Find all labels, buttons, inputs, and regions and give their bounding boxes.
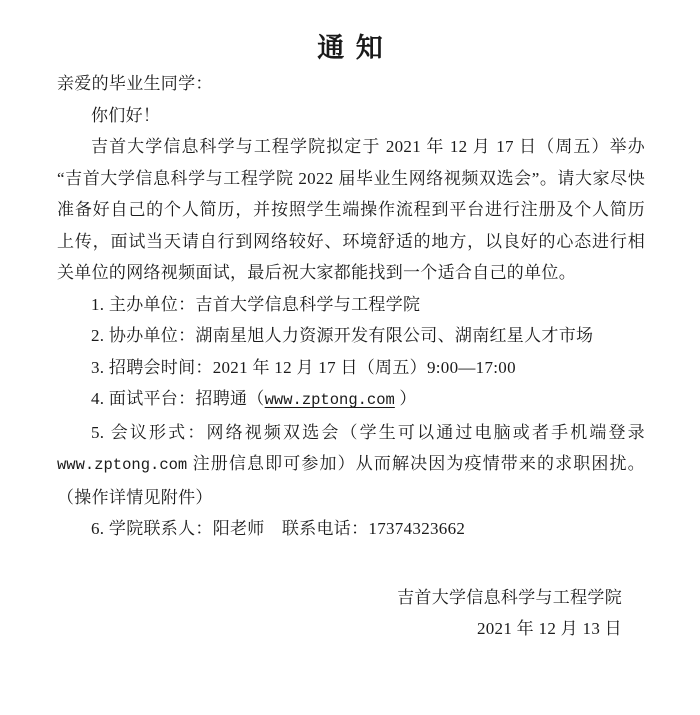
notice-document: 通 知 亲爱的毕业生同学： 你们好！ 吉首大学信息科学与工程学院拟定于 2021… [0, 0, 700, 715]
item-event-time: 3. 招聘会时间：2021 年 12 月 17 日（周五）9:00—17:00 [57, 352, 645, 384]
item-organizer: 1. 主办单位：吉首大学信息科学与工程学院 [57, 289, 645, 321]
signature-date: 2021 年 12 月 13 日 [57, 613, 622, 645]
signature-organization: 吉首大学信息科学与工程学院 [57, 582, 622, 614]
item-meeting-format: 5. 会议形式：网络视频双选会（学生可以通过电脑或者手机端登录 www.zpto… [57, 417, 645, 514]
item-interview-platform-text: 4. 面试平台：招聘通（ [91, 389, 265, 408]
salutation: 亲爱的毕业生同学： [57, 68, 645, 100]
zptong-url-link[interactable]: www.zptong.com [265, 391, 395, 409]
item-contact: 6. 学院联系人：阳老师 联系电话：17374323662 [57, 513, 645, 545]
zptong-url-text: www.zptong.com [57, 456, 187, 474]
item-co-organizer: 2. 协办单位：湖南星旭人力资源开发有限公司、湖南红星人才市场 [57, 320, 645, 352]
notice-items: 1. 主办单位：吉首大学信息科学与工程学院 2. 协办单位：湖南星旭人力资源开发… [57, 289, 645, 545]
intro-paragraph: 吉首大学信息科学与工程学院拟定于 2021 年 12 月 17 日（周五）举办“… [57, 131, 645, 289]
item-meeting-format-text: 5. 会议形式：网络视频双选会（学生可以通过电脑或者手机端登录 [91, 423, 645, 442]
item-interview-platform: 4. 面试平台：招聘通（www.zptong.com ） [57, 383, 645, 417]
greeting: 你们好！ [57, 100, 645, 132]
document-title: 通 知 [57, 28, 645, 68]
item-interview-platform-suffix: ） [395, 389, 417, 408]
signature-block: 吉首大学信息科学与工程学院 2021 年 12 月 13 日 [57, 582, 645, 645]
